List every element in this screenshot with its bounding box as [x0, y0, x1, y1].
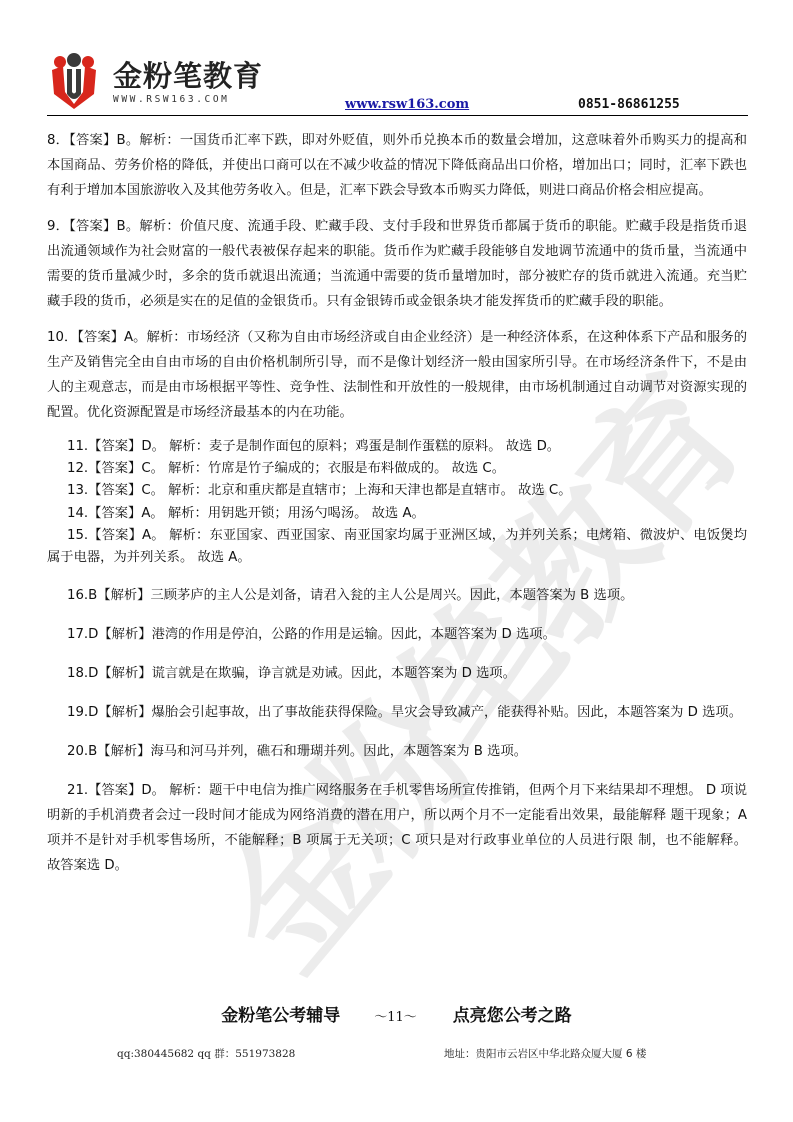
- answer-item-16: 16.B【解析】三顾茅庐的主人公是刘备，请君入瓮的主人公是周兴。因此，本题答案为…: [47, 583, 747, 608]
- page-number: ～11～: [374, 1006, 417, 1025]
- answer-item-11: 11.【答案】D。 解析：麦子是制作面包的原料；鸡蛋是制作蛋糕的原料。 故选 D…: [47, 436, 747, 458]
- header-divider: [47, 115, 748, 116]
- answer-item-19: 19.D【解析】爆胎会引起事故，出了事故能获得保险。旱灾会导致减产，能获得补贴。…: [47, 700, 747, 725]
- logo-name: 金粉笔教育: [113, 60, 263, 92]
- footer-right-slogan: 点亮您公考之路: [453, 1001, 572, 1026]
- answer-list: 8．【答案】B。解析：一国货币汇率下跌，即对外贬值，则外币兑换本币的数量会增加，…: [47, 128, 747, 889]
- logo-url: WWW.RSW163.COM: [113, 94, 229, 105]
- answer-item-14: 14.【答案】A。 解析：用钥匙开锁；用汤勺喝汤。 故选 A。: [47, 503, 747, 525]
- page-header: 金粉笔教育 WWW.RSW163.COM www.rsw163.com 0851…: [47, 48, 747, 116]
- footer-qq: qq:380445682 qq 群：551973828: [117, 1046, 295, 1061]
- answer-item-12: 12.【答案】C。 解析：竹席是竹子编成的；衣服是布料做成的。 故选 C。: [47, 458, 747, 480]
- website-link[interactable]: www.rsw163.com: [345, 97, 469, 112]
- answer-item-15: 15.【答案】A。 解析：东亚国家、西亚国家、南亚国家均属于亚洲区域，为并列关系…: [47, 525, 747, 569]
- answer-item-17: 17.D【解析】港湾的作用是停泊，公路的作用是运输。因此，本题答案为 D 选项。: [47, 622, 747, 647]
- answer-item-9: 9．【答案】B。解析：价值尺度、流通手段、贮藏手段、支付手段和世界货币都属于货币…: [47, 214, 747, 314]
- brand-logo: 金粉笔教育 WWW.RSW163.COM: [47, 48, 257, 114]
- phone-number: 0851-86861255: [578, 97, 680, 112]
- answer-item-21: 21.【答案】D。 解析：题干中电信为推广网络服务在手机零售场所宣传推销，但两个…: [47, 778, 747, 878]
- footer-address: 地址：贵阳市云岩区中华北路众厦大厦 6 楼: [444, 1046, 646, 1061]
- footer-left-slogan: 金粉笔公考辅导: [221, 1001, 340, 1026]
- answer-item-8: 8．【答案】B。解析：一国货币汇率下跌，即对外贬值，则外币兑换本币的数量会增加，…: [47, 128, 747, 203]
- footer-slogan: 金粉笔公考辅导 ～11～ 点亮您公考之路: [0, 1001, 793, 1026]
- answer-item-13: 13.【答案】C。 解析：北京和重庆都是直辖市；上海和天津也都是直辖市。 故选 …: [47, 480, 747, 502]
- logo-mark-icon: [49, 52, 99, 110]
- answer-item-18: 18.D【解析】谎言就是在欺骗，诤言就是劝诫。因此，本题答案为 D 选项。: [47, 661, 747, 686]
- answer-item-10: 10．【答案】A。解析：市场经济（又称为自由市场经济或自由企业经济）是一种经济体…: [47, 325, 747, 425]
- answer-item-20: 20.B【解析】海马和河马并列，礁石和珊瑚并列。因此，本题答案为 B 选项。: [47, 739, 747, 764]
